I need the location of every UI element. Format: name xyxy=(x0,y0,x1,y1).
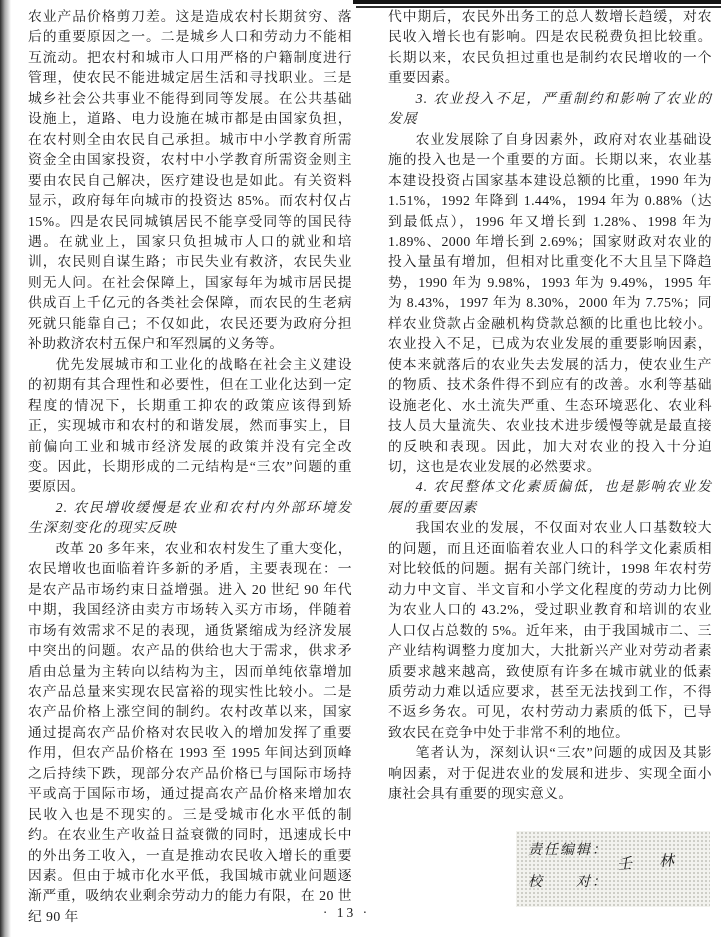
paragraph: 笔者认为，深刻认识“三农”问题的成因及其影响因素，对于促进农业的发展和进步、实现… xyxy=(388,743,712,804)
paragraph: 优先发展城市和工业化的战略在社会主义建设的初期有其合理性和必要性，但在工业化达到… xyxy=(28,355,352,498)
paragraph: 我国农业的发展，不仅面对农业人口基数较大的问题，而且还面临着农业人口的科学文化素… xyxy=(388,518,712,743)
left-column: 农业产品价格剪刀差。这是造成农村长期贫穷、落后的重要原因之一。二是城乡人口和劳动… xyxy=(28,7,352,927)
editor-credits-block: 责任编辑： 校 对： 壬 林 xyxy=(516,831,710,907)
two-column-text-area: 农业产品价格剪刀差。这是造成农村长期贫穷、落后的重要原因之一。二是城乡人口和劳动… xyxy=(28,7,712,927)
proofreader-label: 校 对： xyxy=(528,875,704,891)
scanned-document-page: 农业产品价格剪刀差。这是造成农村长期贫穷、落后的重要原因之一。二是城乡人口和劳动… xyxy=(0,0,721,937)
section-heading-2: 2. 农民增收缓慢是农业和农村内外部环境发生深刻变化的现实反映 xyxy=(28,498,352,539)
scan-binding-shadow xyxy=(0,0,11,937)
right-column: 代中期后，农民外出务工的总人数增长趋缓，对农民收入增长也有影响。四是农民税费负担… xyxy=(388,7,712,927)
paragraph: 代中期后，农民外出务工的总人数增长趋缓，对农民收入增长也有影响。四是农民税费负担… xyxy=(388,7,712,89)
section-heading-3: 3. 农业投入不足，严重制约和影响了农业的发展 xyxy=(388,89,712,130)
paragraph: 农业发展除了自身因素外，政府对农业基础设施的投入也是一个重要的方面。长期以来，农… xyxy=(388,130,712,478)
editor-handwritten-name: 壬 林 xyxy=(617,852,681,872)
scan-artifact-top-rule xyxy=(353,0,721,4)
page-number: · 13 · xyxy=(0,905,707,921)
paragraph: 改革 20 多年来，农业和农村发生了重大变化，农民增收也面临着许多新的矛盾，主要… xyxy=(28,539,352,928)
section-heading-4: 4. 农民整体文化素质偏低，也是影响农业发展的重要因素 xyxy=(388,477,712,518)
paragraph: 农业产品价格剪刀差。这是造成农村长期贫穷、落后的重要原因之一。二是城乡人口和劳动… xyxy=(28,7,352,355)
